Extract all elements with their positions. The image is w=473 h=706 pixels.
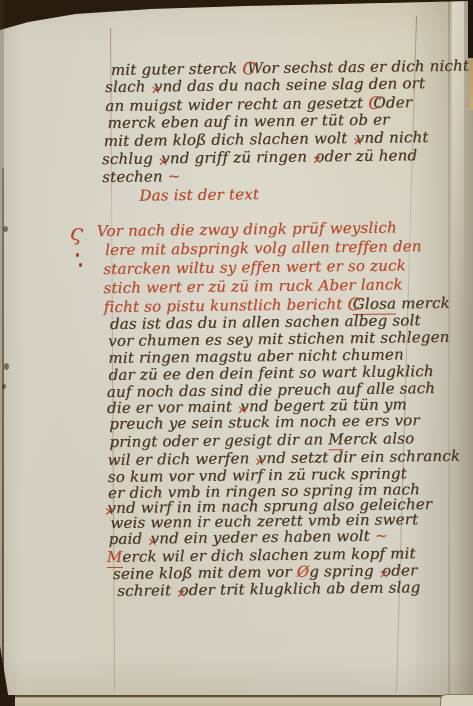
photo-background-right <box>468 0 473 58</box>
text-block: mit guter sterck CWor sechst das er dich… <box>0 0 473 706</box>
wormhole-spot <box>4 363 9 370</box>
manuscript-line: starcken wiltu sy effen wert er so zuck <box>103 256 406 278</box>
underpage-bottom-strip <box>0 695 473 706</box>
paragraph-mark-dot <box>76 253 79 257</box>
manuscript-photo: mit guter sterck CWor sechst das er dich… <box>0 0 473 706</box>
manuscript-line: schlug ×vnd griff zü ringen ×oder zü hen… <box>102 146 418 168</box>
rubric-heading: Das ist der text <box>139 185 259 204</box>
page-left-edge-line <box>2 168 4 706</box>
underpage-corner <box>440 694 473 706</box>
manuscript-line: stechen ~ <box>102 167 181 186</box>
manuscript-page: mit guter sterck CWor sechst das er dich… <box>0 0 473 706</box>
underpage-edge-sliver <box>469 58 473 110</box>
manuscript-line: Vor nach die zway dingk prüf weyslich <box>97 218 397 240</box>
manuscript-line: schreit ×oder trit klugklich ab dem slag <box>117 578 420 600</box>
paragraph-mark-dot <box>79 263 82 267</box>
